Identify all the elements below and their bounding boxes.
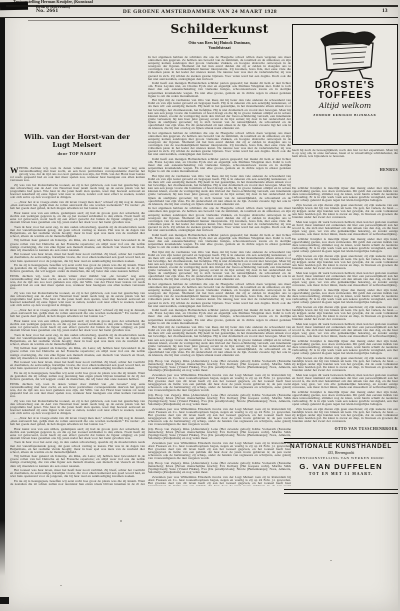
paragraph: Italië heeft aan menigen Hollandschen sc…	[148, 309, 291, 324]
left-article-body: WEINIG dachten wij, toen ik dezen winter…	[10, 167, 145, 485]
paragraph: Zijn boeren en zijn dieren zijn geen ane…	[292, 357, 398, 372]
scan-bottom-mark	[0, 597, 9, 604]
paragraph: Het tooneel was haar leven, maar het hee…	[10, 253, 145, 262]
paragraph: Het tooneel was haar leven, maar het hee…	[10, 361, 145, 370]
paragraph: Zijn boeren en zijn dieren zijn geen ane…	[292, 255, 398, 270]
paragraph: De schilder Kruijder is innerlijk tijner…	[292, 391, 398, 406]
paragraph: (Op Hoop van Zegen), Rika (Allerzielen);…	[148, 360, 291, 372]
paragraph: WEINIG dachten wij, toen ik dezen winter…	[10, 167, 145, 182]
kunsthandel-address: 435, Heerengracht	[284, 451, 398, 455]
paper-speck	[60, 585, 62, 586]
ad-bottom-rule	[284, 489, 398, 494]
subtitle-line2: Vondelstraat	[148, 46, 291, 51]
paragraph: Zij was van het Rotterdamsche tooneel, e…	[10, 292, 145, 307]
paragraph: Men kan tegen dit werk bezwaren hebben; …	[292, 323, 398, 338]
paragraph: Zijn boeren en zijn dieren zijn geen ane…	[292, 408, 398, 423]
top-rule	[6, 5, 398, 7]
paragraph: Toen ik haar voor het eerst zag, in den …	[10, 334, 145, 346]
droste-brand-line2: TOFFEES	[293, 91, 397, 101]
left-article-heading: Wilh. van der Horst-van der Lugt Melsert…	[8, 134, 146, 156]
kunsthandel-ad: NATIONALE KUNSTHANDEL 435, Heerengracht …	[284, 443, 398, 476]
paragraph: Zij was van het Rotterdamsche tooneel, e…	[10, 400, 145, 415]
paragraph: — „Naar het al te vroege einde van dit l…	[10, 417, 145, 426]
paragraph: Toen ik haar voor het eerst zag, in den …	[10, 441, 145, 453]
scan-edge-bar	[0, 18, 5, 576]
paragraph: Italië heeft aan menigen Hollandschen sc…	[148, 234, 291, 249]
paragraph: Zeventien jaar was Wilhelmina Elisabeth …	[148, 476, 291, 486]
paragraph: De schilder Kruijder is innerlijk tijner…	[292, 238, 398, 253]
paragraph: heeft hij noch de beweeglijkheid, noch d…	[292, 149, 398, 158]
paragraph: Het tooneel was haar leven, maar het hee…	[10, 469, 145, 478]
paragraph: In het algemeen hebben de schilders die …	[148, 207, 291, 232]
paragraph: Italië heeft aan menigen Hollandschen sc…	[148, 82, 291, 97]
kunsthandel-name: NATIONALE KUNSTHANDEL	[284, 443, 398, 450]
left-article-byline: door TOP NAEFF	[8, 151, 146, 156]
droste-slogan-caps: ZONDER EENIGEN BIJSMAAK	[293, 113, 397, 117]
page-number: 13	[382, 8, 388, 14]
paragraph: Toen ik haar voor het eerst zag, in den …	[10, 226, 145, 238]
droste-slogan-script: Altijd welkom	[293, 101, 397, 110]
paragraph: EINIG dachten wij, toen ik dezen winter …	[10, 275, 145, 290]
paragraph: (Op Hoop van Zegen), Rika (Allerzielen);…	[148, 462, 291, 474]
paragraph: Wij hebben haar gekend als Kniertje, als…	[10, 239, 145, 251]
paragraph: En nu zij is heengegaan, beseffen wij ee…	[10, 480, 145, 485]
paragraph: Zeventien jaar was Wilhelmina Elisabeth …	[148, 442, 291, 461]
paragraph: In het algemeen hebben de schilders die …	[148, 56, 291, 81]
paragraph: (Op Hoop van Zegen), Rika (Allerzielen);…	[148, 394, 291, 406]
toffee-sack-illustration	[297, 27, 393, 81]
newspaper-page: No. 2661 DE GROENE AMSTERDAMMER VAN 24 M…	[0, 0, 400, 611]
paragraph: EINIG dachten wij, toen ik dezen winter …	[10, 383, 145, 398]
portrait-photo	[46, 26, 146, 129]
signature-henrus: HENRUS	[292, 168, 398, 172]
paragraph: Het lijkt mij de verdienste van Otto van…	[148, 99, 291, 130]
kunsthandel-artist: G. VAN DUFFELEN	[284, 462, 398, 471]
droste-toffees-ad: DROSTE'S TOFFEES Altijd welkom ZONDER EE…	[292, 24, 398, 145]
kunsthandel-exhibition-line: TENTOONSTELLING VAN WERKEN DOOR:	[284, 456, 398, 460]
paragraph: In het algemeen hebben de schilders die …	[148, 283, 291, 308]
paragraph: Zeventien jaar was Wilhelmina Elisabeth …	[148, 374, 291, 393]
paragraph: Wij hebben haar gekend als Kniertje, als…	[10, 347, 145, 359]
paragraph: Zijn boeren en zijn dieren zijn geen ane…	[292, 204, 398, 219]
paragraph: Het lijkt mij de verdienste van Otto van…	[148, 251, 291, 282]
paragraph: Zij was van het Rotterdamsche tooneel, e…	[10, 184, 145, 199]
left-article-title-line2: Lugt Melsert	[8, 142, 146, 150]
paragraph: Wij hebben haar gekend als Kniertje, als…	[10, 455, 145, 467]
paragraph: Men kan tegen dit werk bezwaren hebben; …	[292, 272, 398, 287]
paragraph: De schilder Kruijder is innerlijk tijner…	[292, 340, 398, 355]
center-article-body: In het algemeen hebben de schilders die …	[148, 56, 291, 357]
masthead: DE GROENE AMSTERDAMMER VAN 24 MAART 1928	[0, 9, 400, 15]
drop-cap: W	[10, 167, 19, 173]
kunsthandel-dates: TOT EN MET 31 MAART.	[284, 472, 398, 476]
header-rule	[0, 17, 400, 18]
paragraph: En nu zij is heengegaan, beseffen wij ee…	[10, 264, 145, 273]
paragraph: Men kan tegen dit werk bezwaren hebben; …	[292, 221, 398, 236]
center-article-subtitle: Otto van Rees bij Huinck Dustman, Vondel…	[148, 41, 291, 50]
left-article-continuation: (Op Hoop van Zegen), Rika (Allerzielen);…	[148, 360, 291, 486]
paragraph: Haar kunst was van een stillen, gedempte…	[10, 320, 145, 332]
paper-speck	[330, 560, 332, 561]
paragraph: (Op Hoop van Zegen), Rika (Allerzielen);…	[148, 428, 291, 440]
paragraph: Het lijkt mij de verdienste van Otto van…	[148, 326, 291, 357]
paragraph: Zeventien jaar was Wilhelmina Elisabeth …	[148, 408, 291, 427]
paragraph: — „Naar het al te vroege einde van dit l…	[10, 309, 145, 318]
center-article-title: Schilderkunst	[148, 22, 291, 36]
paragraph: De schilder Kruijder is innerlijk tijner…	[292, 289, 398, 304]
paragraph: Men kan tegen dit werk bezwaren hebben; …	[292, 374, 398, 389]
paragraph: En nu zij is heengegaan, beseffen wij ee…	[10, 372, 145, 381]
paper-speck	[120, 520, 122, 522]
paragraph: Het lijkt mij de verdienste van Otto van…	[148, 175, 291, 206]
paragraph: In het algemeen hebben de schilders die …	[148, 132, 291, 157]
vanrees-article-end: heeft hij noch de beweeglijkheid, noch d…	[292, 149, 398, 168]
paragraph: — „Naar het al te vroege einde van dit l…	[10, 201, 145, 210]
paragraph: Zijn boeren en zijn dieren zijn geen ane…	[292, 306, 398, 321]
header-rule-fragment	[28, 20, 120, 21]
signature-tusschenbroek: OTTO VAN TUSSCHENBROEK	[292, 427, 398, 431]
title-rule	[212, 38, 228, 39]
kruyder-article-body: De schilder Kruijder is innerlijk tijner…	[292, 187, 398, 425]
paragraph: De schilder Kruijder is innerlijk tijner…	[292, 187, 398, 202]
paragraph: Haar kunst was van een stillen, gedempte…	[10, 428, 145, 440]
paragraph: Haar kunst was van een stillen, gedempte…	[10, 212, 145, 224]
paragraph: Italië heeft aan menigen Hollandschen sc…	[148, 158, 291, 173]
